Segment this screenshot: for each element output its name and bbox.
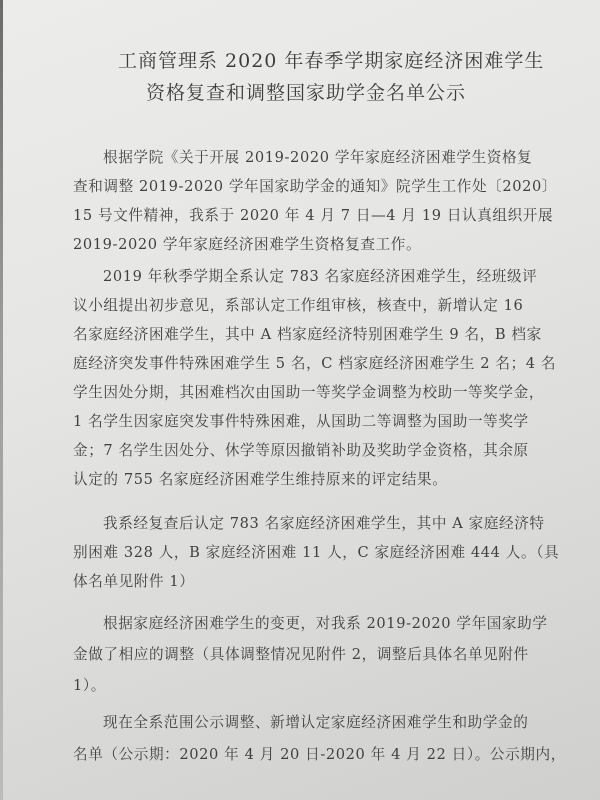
paragraph-2-line-5: 学生因处分期，其困难档次由国助一等奖学金调整为校助一等奖学金， xyxy=(73,381,544,402)
paragraph-2-line-1: 2019 年秋季学期全系认定 783 名家庭经济困难学生，经班级评 xyxy=(103,265,537,286)
paragraph-1-line-4: 2019-2020 学年家庭经济困难学生资格复查工作。 xyxy=(73,233,421,254)
document-title-line-1: 工商管理系 2020 年春季学期家庭经济困难学生 xyxy=(118,46,544,73)
paragraph-3-line-3: 体名单见附件 1） xyxy=(73,570,194,591)
document-page: 工商管理系 2020 年春季学期家庭经济困难学生 资格复查和调整国家助学金名单公… xyxy=(0,0,600,800)
paragraph-2-line-3: 名家庭经济困难学生，其中 A 档家庭经济特别困难学生 9 名，B 档家 xyxy=(73,323,542,344)
paragraph-3-line-2: 别困难 328 人，B 家庭经济困难 11 人，C 家庭经济困难 444 人。（… xyxy=(73,541,559,562)
document-title-line-2: 资格复查和调整国家助学金名单公示 xyxy=(146,78,466,105)
paragraph-5-line-2: 名单（公示期：2020 年 4 月 20 日-2020 年 4 月 22 日）。… xyxy=(73,743,566,764)
paragraph-1-line-2: 查和调整 2019-2020 学年国家助学金的通知》院学生工作处〔2020〕 xyxy=(73,175,557,196)
paragraph-2-line-6: 1 名学生因家庭突发事件特殊困难，从国助二等调整为国助一等奖学 xyxy=(73,410,529,431)
paragraph-1-line-1: 根据学院《关于开展 2019-2020 学年家庭经济困难学生资格复 xyxy=(103,146,532,167)
paragraph-2-line-4: 庭经济突发事件特殊困难学生 5 名，C 档家庭经济困难学生 2 名；4 名 xyxy=(73,352,556,373)
paragraph-2-line-7: 金；7 名学生因处分、休学等原因撤销补助及奖助学金资格，其余原 xyxy=(73,439,529,460)
paragraph-2-line-2: 议小组提出初步意见，系部认定工作组审核，核查中，新增认定 16 xyxy=(73,294,523,315)
paragraph-4-line-3: 1）。 xyxy=(73,674,106,695)
paragraph-5-line-1: 现在全系范围公示调整、新增认定家庭经济困难学生和助学金的 xyxy=(103,711,528,732)
paragraph-3-line-1: 我系经复查后认定 783 名家庭经济困难学生，其中 A 家庭经济特 xyxy=(103,512,545,533)
paragraph-4-line-1: 根据家庭经济困难学生的变更，对我系 2019-2020 学年国家助学 xyxy=(103,612,548,633)
paragraph-4-line-2: 金做了相应的调整（具体调整情况见附件 2，调整后具体名单见附件 xyxy=(73,643,529,664)
paragraph-2-line-8: 认定的 755 名家庭经济困难学生维持原来的评定结果。 xyxy=(73,468,447,489)
paragraph-1-line-3: 15 号文件精神，我系于 2020 年 4 月 7 日—4 月 19 日认真组织… xyxy=(73,204,553,225)
